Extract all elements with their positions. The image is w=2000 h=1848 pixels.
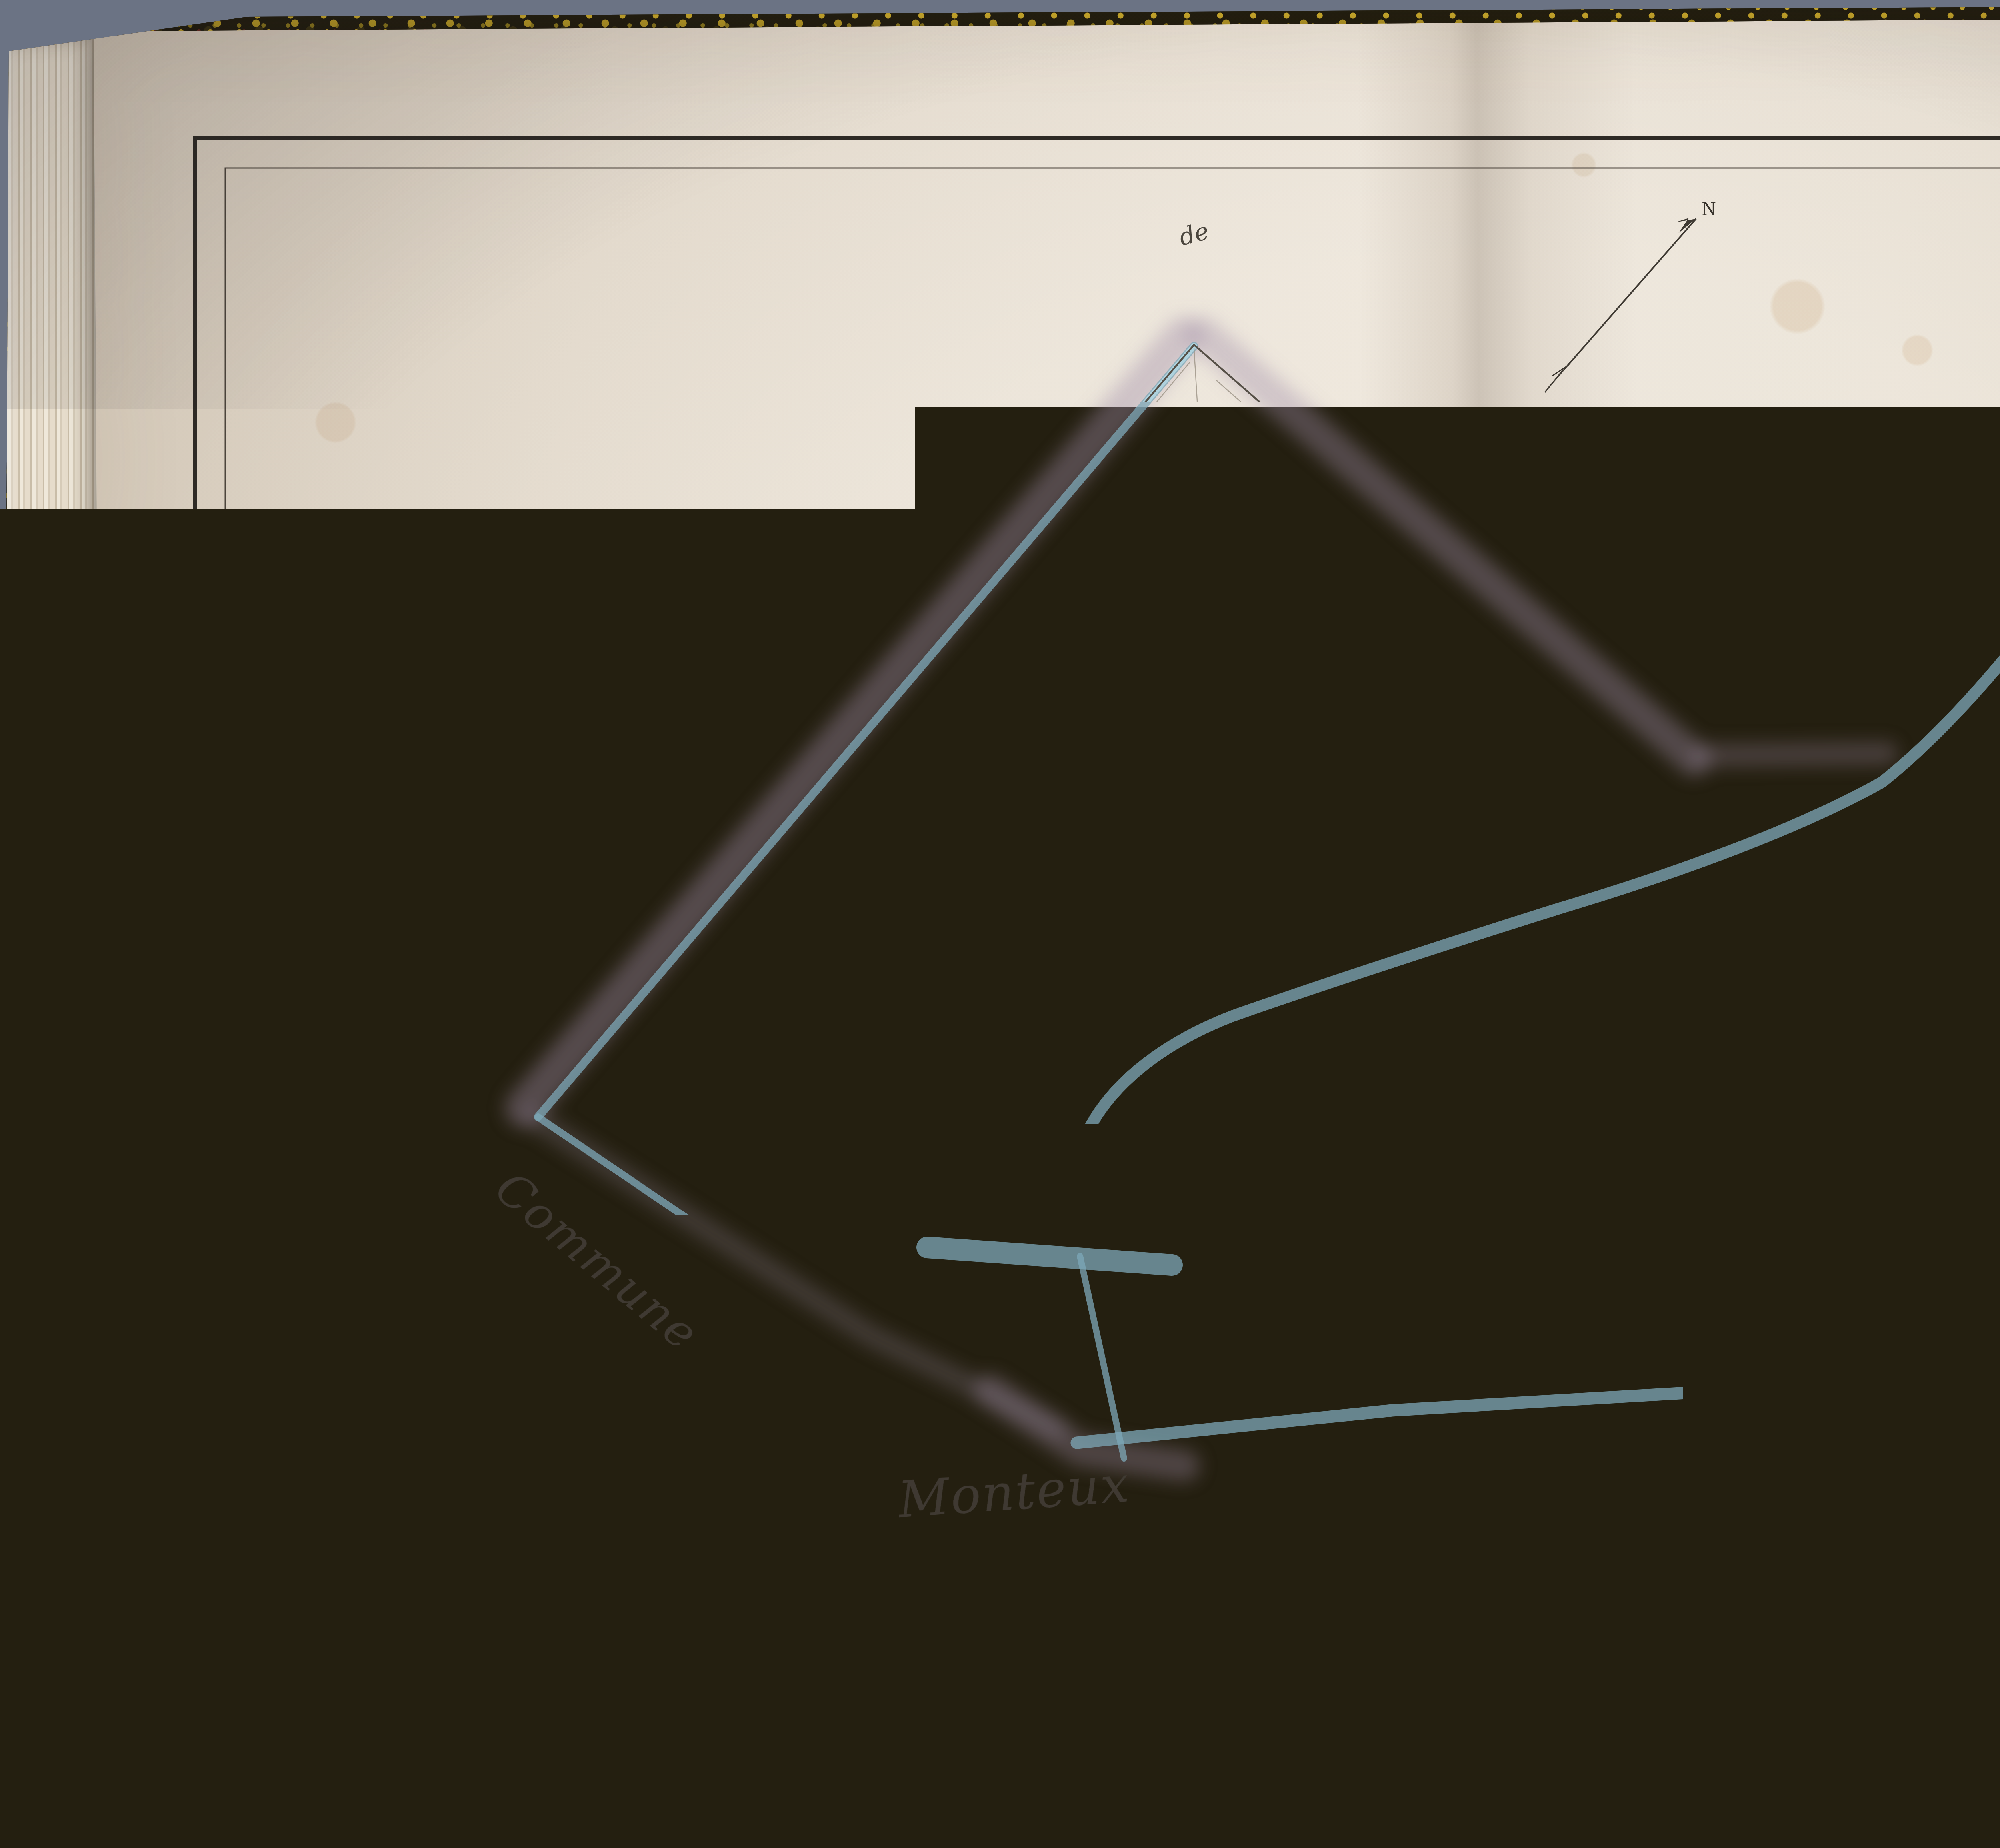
map-label-sarrians: Sarrians (1564, 398, 1768, 574)
map-label-de: de (727, 736, 750, 759)
road-along-river (1234, 572, 2000, 1022)
parcel-number-338: 338 (1355, 960, 1376, 973)
parcel-number-315: 315 (1290, 982, 1311, 995)
parcel-number-340: 340 (1450, 651, 1471, 664)
parcel-number-372: 372 (1970, 719, 1992, 732)
parcel-number-371: 371 (1937, 730, 1958, 743)
map-label-valernes: Valernes (1707, 1131, 1825, 1222)
corner-letter-mark: E (1983, 1730, 1997, 1754)
map-label-pierre: Pierre (1211, 1355, 1302, 1398)
parcel-number-341: 341 (1480, 696, 1501, 709)
map-label-commune: Commune (485, 1161, 710, 1361)
parcel-number-342: 342 (1493, 715, 1514, 728)
atlas-book: N Section E de Calaud en 2 Feuilles 2e F… (0, 0, 2000, 1848)
map-label-monteux: Monteux (896, 1455, 1132, 1529)
map-label-de: de (778, 1415, 808, 1445)
north-label: N (1702, 198, 1716, 220)
stream-casings (538, 346, 2000, 1473)
map-label-br-goux: Brégoux (1933, 808, 1980, 830)
parcel-number-328: 328 (938, 1043, 959, 1056)
parcel-number-370: 370 (1899, 760, 1920, 773)
road-chemin-trou (928, 1253, 1720, 1357)
map-label-palluns: Palluns (851, 936, 976, 1039)
cadastral-map: N Section E de Calaud en 2 Feuilles 2e F… (0, 0, 2000, 1848)
map-label-chemin: Chemin (1220, 1285, 1262, 1301)
building-mon-de-barret (1250, 946, 1271, 965)
map-label-mon-de-barret: Mon de Barret (1224, 923, 1344, 949)
map-label-trou: Trou (923, 1308, 993, 1348)
parcel-number-300: 300 (1892, 1251, 1913, 1264)
map-label-de: de (1035, 1341, 1061, 1365)
road-northeast-link (1584, 1098, 1894, 1333)
streams (538, 346, 2000, 1473)
map-label-la: la (1118, 1348, 1138, 1371)
parcel-number-343: 343 (1514, 727, 1536, 740)
commune-boundary (538, 345, 2000, 1443)
atlas-photo: N Section E de Calaud en 2 Feuilles 2e F… (0, 0, 2000, 1848)
parcel-number-325: 325 (1201, 1368, 1222, 1381)
map-label-feuille: Feuille (1978, 1401, 2000, 1458)
map-label-premi-re: Première (1343, 1429, 1513, 1497)
north-arrow: N (1545, 198, 1716, 392)
map-label-de: de (1176, 217, 1212, 252)
